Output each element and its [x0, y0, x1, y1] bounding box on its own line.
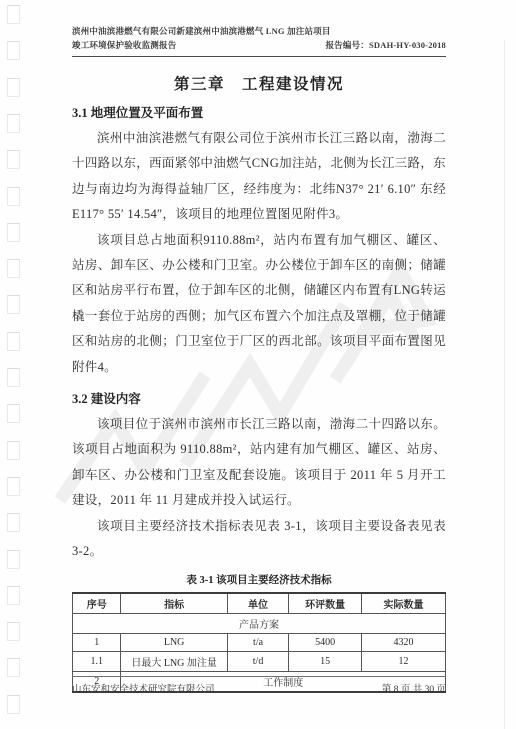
table-row: 1.1 日最大 LNG 加注量 t/d 15 12 [73, 651, 446, 671]
document-header: 滨州中油滨港燃气有限公司新建滨州中油滨港燃气 LNG 加注站项目 竣工环境保护验… [72, 0, 446, 57]
cell-index: 1.1 [73, 651, 121, 671]
cell-indicator: 日最大 LNG 加注量 [121, 651, 227, 671]
binding-hole [7, 622, 20, 641]
cell-unit: t/d [227, 651, 289, 671]
table-row: 1 LNG t/a 5400 4320 [73, 633, 446, 651]
report-number-value: SDAH-HY-030-2018 [369, 40, 446, 50]
col-header-unit: 单位 [227, 593, 289, 614]
binding-hole [7, 114, 20, 133]
col-header-actual-qty: 实际数量 [362, 593, 446, 614]
scan-page-edge [504, 40, 505, 729]
table-caption: 表 3-1 该项目主要经济技术指标 [72, 572, 446, 587]
col-header-index: 序号 [73, 593, 121, 614]
binding-hole [7, 658, 20, 677]
binding-hole [7, 41, 20, 60]
binding-hole [7, 78, 20, 97]
binding-hole [7, 295, 20, 314]
binding-hole [7, 586, 20, 605]
paragraph-location: 滨州中油滨港燃气有限公司位于滨州市长江三路以南，渤海二十四路以东，西面紧邻中油燃… [72, 126, 446, 228]
binding-hole [7, 332, 20, 351]
page-content: 滨州中油滨港燃气有限公司新建滨州中油滨港燃气 LNG 加注站项目 竣工环境保护验… [72, 0, 446, 693]
paragraph-site-layout: 该项目总占地面积9110.88m²，站内布置有加气棚区、罐区、站房、卸车区、办公… [72, 228, 446, 380]
binding-hole [7, 513, 20, 532]
document-page: 滨州中油滨港燃气有限公司新建滨州中油滨港燃气 LNG 加注站项目 竣工环境保护验… [0, 0, 516, 729]
cell-eia-qty: 15 [289, 651, 362, 671]
cell-actual-qty: 12 [362, 651, 446, 671]
binding-hole [7, 5, 20, 24]
binding-hole [7, 259, 20, 278]
binding-hole [7, 150, 20, 169]
footer-company: 山东安和安全技术研究院有限公司 [72, 681, 215, 695]
cell-indicator: LNG [121, 633, 227, 651]
header-project-title: 滨州中油滨港燃气有限公司新建滨州中油滨港燃气 LNG 加注站项目 [72, 24, 446, 38]
binding-hole [7, 223, 20, 242]
header-report-number: 报告编号：SDAH-HY-030-2018 [325, 38, 446, 52]
report-number-label: 报告编号： [325, 40, 369, 50]
page-footer: 山东安和安全技术研究院有限公司 第 8 页 共 30 页 [72, 676, 446, 695]
section-heading-3-1: 3.1 地理位置及平面布置 [72, 103, 446, 121]
merged-cell-product-plan: 产品方案 [73, 613, 446, 633]
col-header-indicator: 指标 [121, 593, 227, 614]
footer-page-number: 第 8 页 共 30 页 [382, 681, 446, 695]
header-report-title: 竣工环境保护验收监测报告 [72, 38, 176, 52]
chapter-title: 第三章 工程建设情况 [72, 72, 446, 94]
binding-hole [7, 187, 20, 206]
binding-hole [7, 477, 20, 496]
binding-hole [7, 550, 20, 569]
table-header-row: 序号 指标 单位 环评数量 实际数量 [73, 593, 446, 614]
section-heading-3-2: 3.2 建设内容 [72, 389, 446, 407]
paragraph-construction-content: 该项目位于滨州市滨州市长江三路以南，渤海二十四路以东。该项目占地面积为 9110… [72, 412, 446, 514]
binding-hole [7, 368, 20, 387]
cell-actual-qty: 4320 [362, 633, 446, 651]
cell-eia-qty: 5400 [289, 633, 362, 651]
table-row-merged-product-plan: 产品方案 [73, 613, 446, 633]
paragraph-table-reference: 该项目主要经济技术指标表见表 3-1，该项目主要设备表见表 3-2。 [72, 514, 446, 565]
cell-unit: t/a [227, 633, 289, 651]
cell-index: 1 [73, 633, 121, 651]
binding-hole [7, 404, 20, 423]
binding-hole [7, 695, 20, 714]
binding-hole [7, 441, 20, 460]
col-header-eia-qty: 环评数量 [289, 593, 362, 614]
